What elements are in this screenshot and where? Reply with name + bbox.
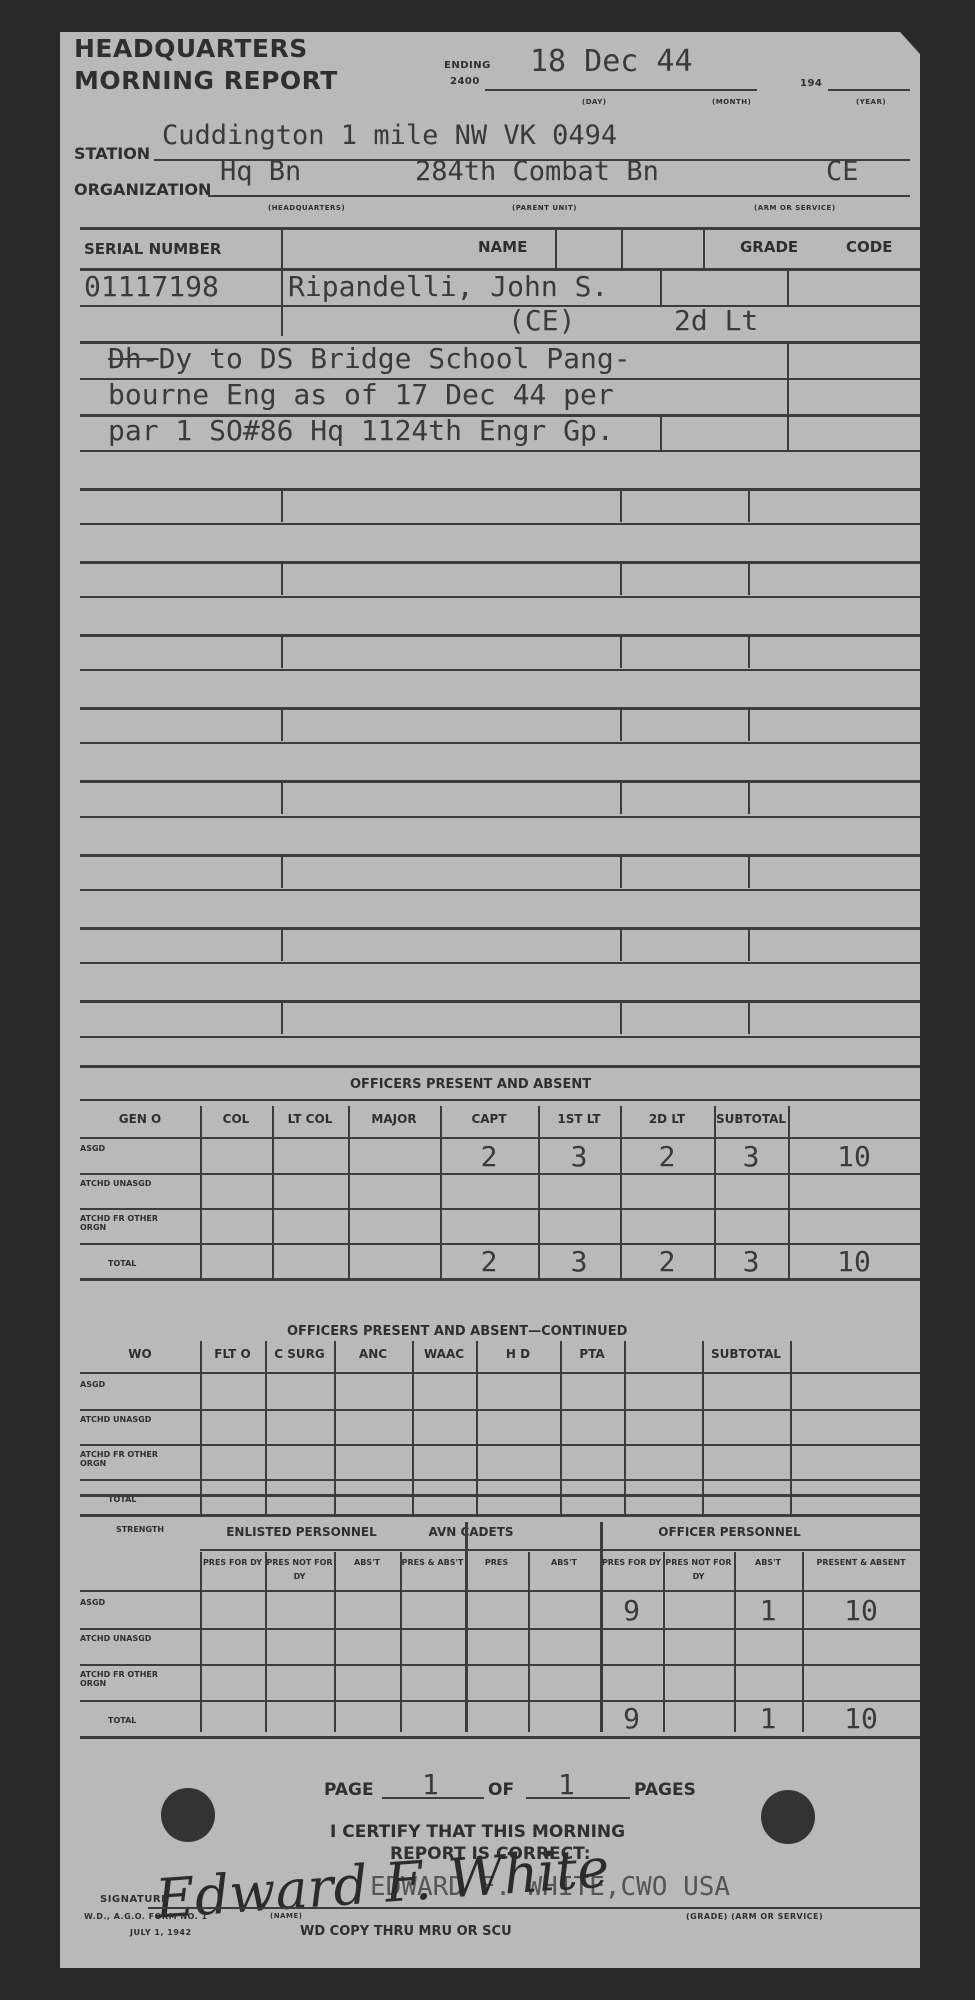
col-divider	[560, 1341, 562, 1514]
row-label: ATCHD UNASGD	[80, 1415, 165, 1424]
row-rule	[80, 1173, 920, 1175]
row-label: ASGD	[80, 1598, 165, 1607]
parent-unit-caption: (PARENT UNIT)	[512, 204, 577, 212]
row-rule	[80, 1137, 920, 1139]
row-label: ATCHD UNASGD	[80, 1634, 165, 1643]
date-underline	[485, 89, 757, 91]
hq-caption: (HEADQUARTERS)	[268, 204, 345, 212]
col-divider	[281, 271, 283, 305]
column-header: H D	[476, 1347, 560, 1363]
row-label: ASGD	[80, 1144, 165, 1153]
form-title-line1: HEADQUARTERS	[74, 34, 308, 63]
entry-name: Ripandelli, John S.	[288, 270, 608, 303]
row-rule	[80, 305, 920, 307]
column-header: COL	[200, 1112, 272, 1128]
row-rule	[80, 450, 920, 452]
service-caption: (ARM OR SERVICE)	[754, 204, 836, 212]
row-rule	[80, 816, 920, 818]
section-rule	[80, 1099, 920, 1101]
row-label: ATCHD FR OTHER ORGN	[80, 1670, 165, 1688]
col-divider	[660, 417, 662, 450]
col-divider	[787, 380, 789, 414]
col-divider	[620, 1000, 622, 1034]
row-rule	[80, 488, 920, 491]
col-divider	[281, 707, 283, 741]
col-divider	[660, 271, 662, 305]
cell-value: 1	[734, 1594, 802, 1627]
col-divider	[620, 488, 622, 522]
column-header: ANC	[334, 1347, 412, 1363]
row-rule	[80, 1036, 920, 1038]
col-divider	[476, 1341, 478, 1514]
col-grade: GRADE	[740, 238, 798, 256]
cell-value: 10	[788, 1140, 920, 1173]
signature: Edward F. White	[153, 1836, 611, 1931]
col-divider	[620, 927, 622, 961]
column-header: CAPT	[440, 1112, 538, 1128]
row-rule	[80, 523, 920, 525]
col-divider	[748, 780, 750, 814]
organization-label: ORGANIZATION	[74, 180, 211, 199]
ending-time-label: 2400	[450, 76, 480, 87]
col-divider	[748, 927, 750, 961]
station-label: STATION	[74, 144, 150, 163]
cell-value: 10	[802, 1594, 920, 1627]
row-rule	[80, 634, 920, 637]
year-prefix: 194	[800, 78, 822, 89]
row-rule	[80, 1664, 920, 1666]
year-caption: (YEAR)	[856, 98, 886, 106]
row-rule	[80, 561, 920, 564]
column-header: PRES FOR DY	[600, 1556, 663, 1570]
day-caption: (DAY)	[582, 98, 607, 106]
col-divider	[334, 1341, 336, 1514]
form-title-line2: MORNING REPORT	[74, 66, 338, 95]
col-divider	[348, 1106, 350, 1278]
col-divider	[748, 707, 750, 741]
column-header: PRES FOR DY	[200, 1556, 265, 1570]
col-divider	[663, 1552, 665, 1732]
col-divider	[281, 561, 283, 595]
row-rule	[80, 669, 920, 671]
cell-value: 3	[714, 1140, 788, 1173]
page-label: PAGE	[324, 1780, 374, 1800]
group-header: ENLISTED PERSONNEL	[200, 1525, 403, 1539]
col-divider	[281, 488, 283, 522]
officers-continued-title: OFFICERS PRESENT AND ABSENT—CONTINUED	[287, 1324, 627, 1339]
row-rule	[80, 1208, 920, 1210]
station-value: Cuddington 1 mile NW VK 0494	[162, 120, 617, 151]
row-label: TOTAL	[80, 1716, 193, 1725]
col-divider	[787, 344, 789, 378]
col-name: NAME	[478, 238, 527, 256]
remark-line-2: bourne Eng as of 17 Dec 44 per	[108, 378, 614, 411]
column-header: PRES	[465, 1556, 528, 1570]
row-label: ATCHD FR OTHER ORGN	[80, 1214, 165, 1232]
column-header: ABS'T	[734, 1556, 802, 1570]
col-divider	[265, 1341, 267, 1514]
column-header: ABS'T	[334, 1556, 400, 1570]
section-rule	[80, 1494, 920, 1497]
row-rule	[80, 742, 920, 744]
row-rule	[80, 889, 920, 891]
col-divider	[620, 561, 622, 595]
cell-value: 1	[734, 1702, 802, 1735]
col-divider	[748, 1000, 750, 1034]
row-label: ASGD	[80, 1380, 165, 1389]
row-rule	[80, 927, 920, 930]
col-divider	[272, 1106, 274, 1278]
roster-top-rule	[80, 227, 920, 230]
row-label: ATCHD UNASGD	[80, 1179, 165, 1188]
cell-value: 2	[440, 1245, 538, 1278]
column-header: C SURG	[265, 1347, 334, 1363]
report-date: 18 Dec 44	[530, 44, 693, 79]
col-divider	[281, 854, 283, 888]
col-divider	[620, 780, 622, 814]
org-parent-unit: 284th Combat Bn	[415, 156, 659, 187]
officers-table-title: OFFICERS PRESENT AND ABSENT	[350, 1077, 591, 1092]
of-label: OF	[488, 1780, 514, 1800]
col-divider	[400, 1552, 402, 1732]
page-total: 1	[558, 1768, 575, 1801]
col-divider	[620, 634, 622, 668]
col-divider	[281, 634, 283, 668]
column-header: SUBTOTAL	[702, 1347, 790, 1363]
cell-value: 3	[714, 1245, 788, 1278]
col-serial-number: SERIAL NUMBER	[84, 240, 221, 258]
column-header: WO	[80, 1347, 200, 1363]
row-rule	[80, 1479, 920, 1481]
col-divider	[200, 1341, 202, 1514]
cell-value: 2	[620, 1140, 714, 1173]
org-underline	[208, 195, 910, 197]
signature-line	[148, 1907, 920, 1909]
row-rule	[80, 1372, 920, 1374]
entry-branch: (CE)	[508, 304, 575, 337]
col-divider	[528, 1552, 530, 1732]
org-headquarters: Hq Bn	[220, 156, 301, 187]
col-divider	[624, 1341, 626, 1514]
col-divider	[787, 417, 789, 450]
month-caption: (MONTH)	[712, 98, 751, 106]
pages-label: PAGES	[634, 1780, 696, 1800]
col-divider	[620, 707, 622, 741]
entry-grade: 2d Lt	[674, 304, 758, 337]
col-divider	[702, 1341, 704, 1514]
remark-line-3: par 1 SO#86 Hq 1124th Engr Gp.	[108, 414, 614, 447]
struck-text: Dh-	[108, 342, 159, 375]
col-divider	[790, 1341, 792, 1514]
row-label: ATCHD FR OTHER ORGN	[80, 1450, 165, 1468]
row-rule	[80, 1000, 920, 1003]
group-header: AVN CADETS	[403, 1525, 539, 1539]
col-code: CODE	[846, 238, 892, 256]
cell-value: 10	[788, 1245, 920, 1278]
column-header: PRES NOT FOR DY	[265, 1556, 334, 1583]
cell-value: 2	[620, 1245, 714, 1278]
col-divider	[703, 230, 705, 268]
cell-value: 2	[440, 1140, 538, 1173]
col-divider	[200, 1552, 202, 1732]
row-rule	[80, 962, 920, 964]
row-rule	[80, 707, 920, 710]
cell-value: 9	[600, 1702, 663, 1735]
cell-value: 3	[538, 1140, 620, 1173]
row-label: TOTAL	[80, 1259, 193, 1268]
cell-value: 9	[600, 1594, 663, 1627]
row-rule	[80, 1736, 920, 1739]
row-rule	[80, 854, 920, 857]
column-header: LT COL	[272, 1112, 348, 1128]
col-divider	[748, 634, 750, 668]
row-rule	[80, 1628, 920, 1630]
remark-text: Dy to DS Bridge School Pang-	[159, 342, 631, 375]
column-header: 1ST LT	[538, 1112, 620, 1128]
col-divider	[281, 1000, 283, 1034]
col-divider	[748, 854, 750, 888]
col-divider	[621, 230, 623, 268]
page-number: 1	[422, 1768, 439, 1801]
row-rule	[80, 1590, 920, 1592]
col-divider	[748, 561, 750, 595]
column-header: PRES & ABS'T	[400, 1556, 465, 1570]
form-date: JULY 1, 1942	[130, 1928, 192, 1937]
col-divider	[281, 927, 283, 961]
name-caption: (NAME)	[270, 1912, 302, 1920]
column-header: 2D LT	[620, 1112, 714, 1128]
row-rule	[80, 1514, 920, 1517]
col-divider	[200, 1106, 202, 1278]
col-divider	[555, 230, 557, 268]
row-rule	[200, 1549, 920, 1551]
form-id: W.D., A.G.O. FORM NO. 1	[84, 1912, 208, 1921]
col-divider	[412, 1341, 414, 1514]
row-rule	[80, 596, 920, 598]
group-header: STRENGTH	[80, 1525, 200, 1534]
binder-hole-right	[761, 1790, 815, 1844]
ending-label: ENDING	[444, 60, 491, 71]
column-header: PRESENT & ABSENT	[802, 1556, 920, 1570]
row-rule	[80, 1409, 920, 1411]
column-header: FLT O	[200, 1347, 265, 1363]
row-rule	[80, 1444, 920, 1446]
column-header: PTA	[560, 1347, 624, 1363]
year-underline	[828, 89, 910, 91]
column-header: MAJOR	[348, 1112, 440, 1128]
col-divider	[265, 1552, 267, 1732]
grade-caption: (GRADE) (ARM OR SERVICE)	[686, 1912, 823, 1921]
entry-serial: 01117198	[84, 270, 219, 303]
section-rule	[80, 1065, 920, 1068]
page-total-underline	[526, 1797, 630, 1799]
col-divider	[281, 780, 283, 814]
col-divider	[334, 1552, 336, 1732]
col-divider	[620, 854, 622, 888]
morning-report-form: HEADQUARTERS MORNING REPORT ENDING 2400 …	[60, 32, 920, 1968]
signature-label: SIGNATURE	[100, 1894, 168, 1905]
cell-value: 3	[538, 1245, 620, 1278]
column-header: SUBTOTAL	[714, 1112, 788, 1128]
binder-hole-left	[161, 1788, 215, 1842]
column-header: WAAC	[412, 1347, 476, 1363]
org-service: CE	[826, 156, 859, 187]
remark-line-1: Dh-Dy to DS Bridge School Pang-	[108, 342, 631, 375]
cell-value: 10	[802, 1702, 920, 1735]
column-header: ABS'T	[528, 1556, 600, 1570]
copy-note: WD COPY THRU MRU OR SCU	[300, 1924, 512, 1939]
column-header: PRES NOT FOR DY	[663, 1556, 734, 1583]
row-rule	[80, 1278, 920, 1281]
column-header: GEN O	[80, 1112, 200, 1128]
group-header: OFFICER PERSONNEL	[539, 1525, 920, 1539]
col-divider	[787, 271, 789, 305]
col-divider	[748, 488, 750, 522]
row-rule	[80, 780, 920, 783]
